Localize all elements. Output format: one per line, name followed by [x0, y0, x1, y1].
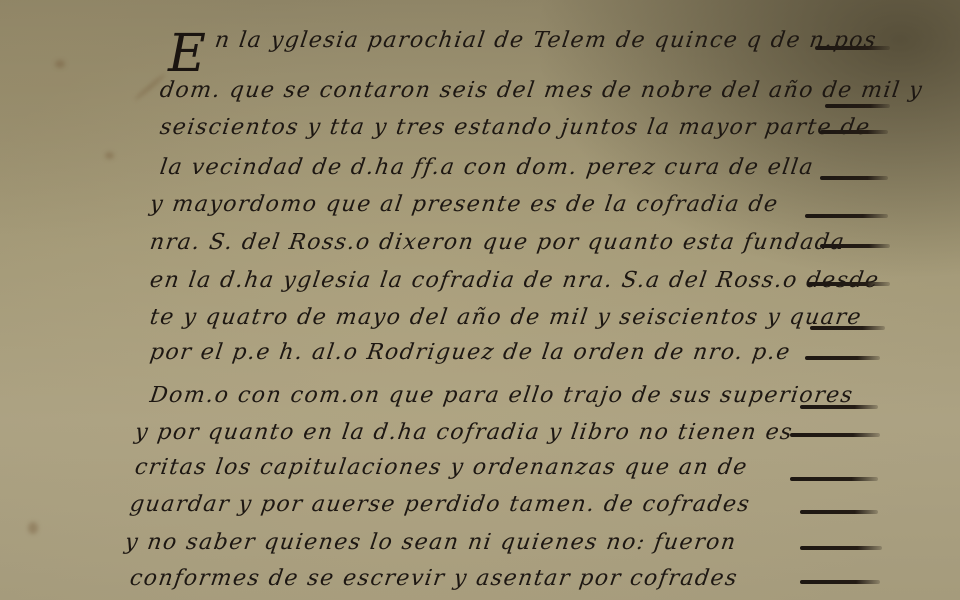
line-filler-flourish: [800, 546, 882, 550]
stain: [105, 152, 114, 159]
line-filler-flourish: [805, 214, 888, 218]
stain: [28, 522, 38, 534]
manuscript-line: la vecindad de d.ha ff.a con dom. perez …: [158, 155, 816, 180]
line-filler-flourish: [820, 244, 890, 248]
line-filler-flourish: [820, 130, 888, 134]
manuscript-line: y por quanto en la d.ha cofradia y libro…: [133, 420, 794, 445]
line-filler-flourish: [808, 282, 890, 286]
line-filler-flourish: [790, 477, 878, 481]
line-filler-flourish: [790, 433, 880, 437]
stain: [55, 60, 65, 68]
manuscript-line: critas los capitulaciones y ordenanzas q…: [133, 455, 749, 480]
manuscript-line: conformes de se escrevir y asentar por c…: [128, 566, 739, 591]
manuscript-line: n la yglesia parochial de Telem de quinc…: [213, 28, 878, 53]
line-filler-flourish: [800, 510, 878, 514]
manuscript-line: y no saber quienes lo sean ni quienes no…: [123, 530, 738, 555]
manuscript-line: Dom.o con com.on que para ello trajo de …: [148, 383, 855, 408]
manuscript-page: E n la yglesia parochial de Telem de qui…: [0, 0, 960, 600]
line-filler-flourish: [800, 580, 880, 584]
line-filler-flourish: [805, 356, 880, 360]
line-filler-flourish: [800, 405, 878, 409]
manuscript-line: nra. S. del Ross.o dixeron que por quant…: [148, 230, 847, 255]
manuscript-line: seiscientos y tta y tres estando juntos …: [158, 115, 872, 140]
manuscript-line: dom. que se contaron seis del mes de nob…: [158, 78, 925, 103]
illuminated-initial: E: [168, 28, 206, 80]
manuscript-line: por el p.e h. al.o Rodriguez de la orden…: [148, 340, 792, 365]
line-filler-flourish: [825, 104, 890, 108]
line-filler-flourish: [815, 46, 890, 50]
manuscript-line: en la d.ha yglesia la cofradia de nra. S…: [148, 268, 881, 293]
manuscript-line: guardar y por auerse perdido tamen. de c…: [128, 492, 752, 517]
manuscript-line: y mayordomo que al presente es de la cof…: [148, 192, 780, 217]
manuscript-line: te y quatro de mayo del año de mil y sei…: [148, 305, 863, 330]
line-filler-flourish: [820, 176, 888, 180]
line-filler-flourish: [810, 326, 885, 330]
